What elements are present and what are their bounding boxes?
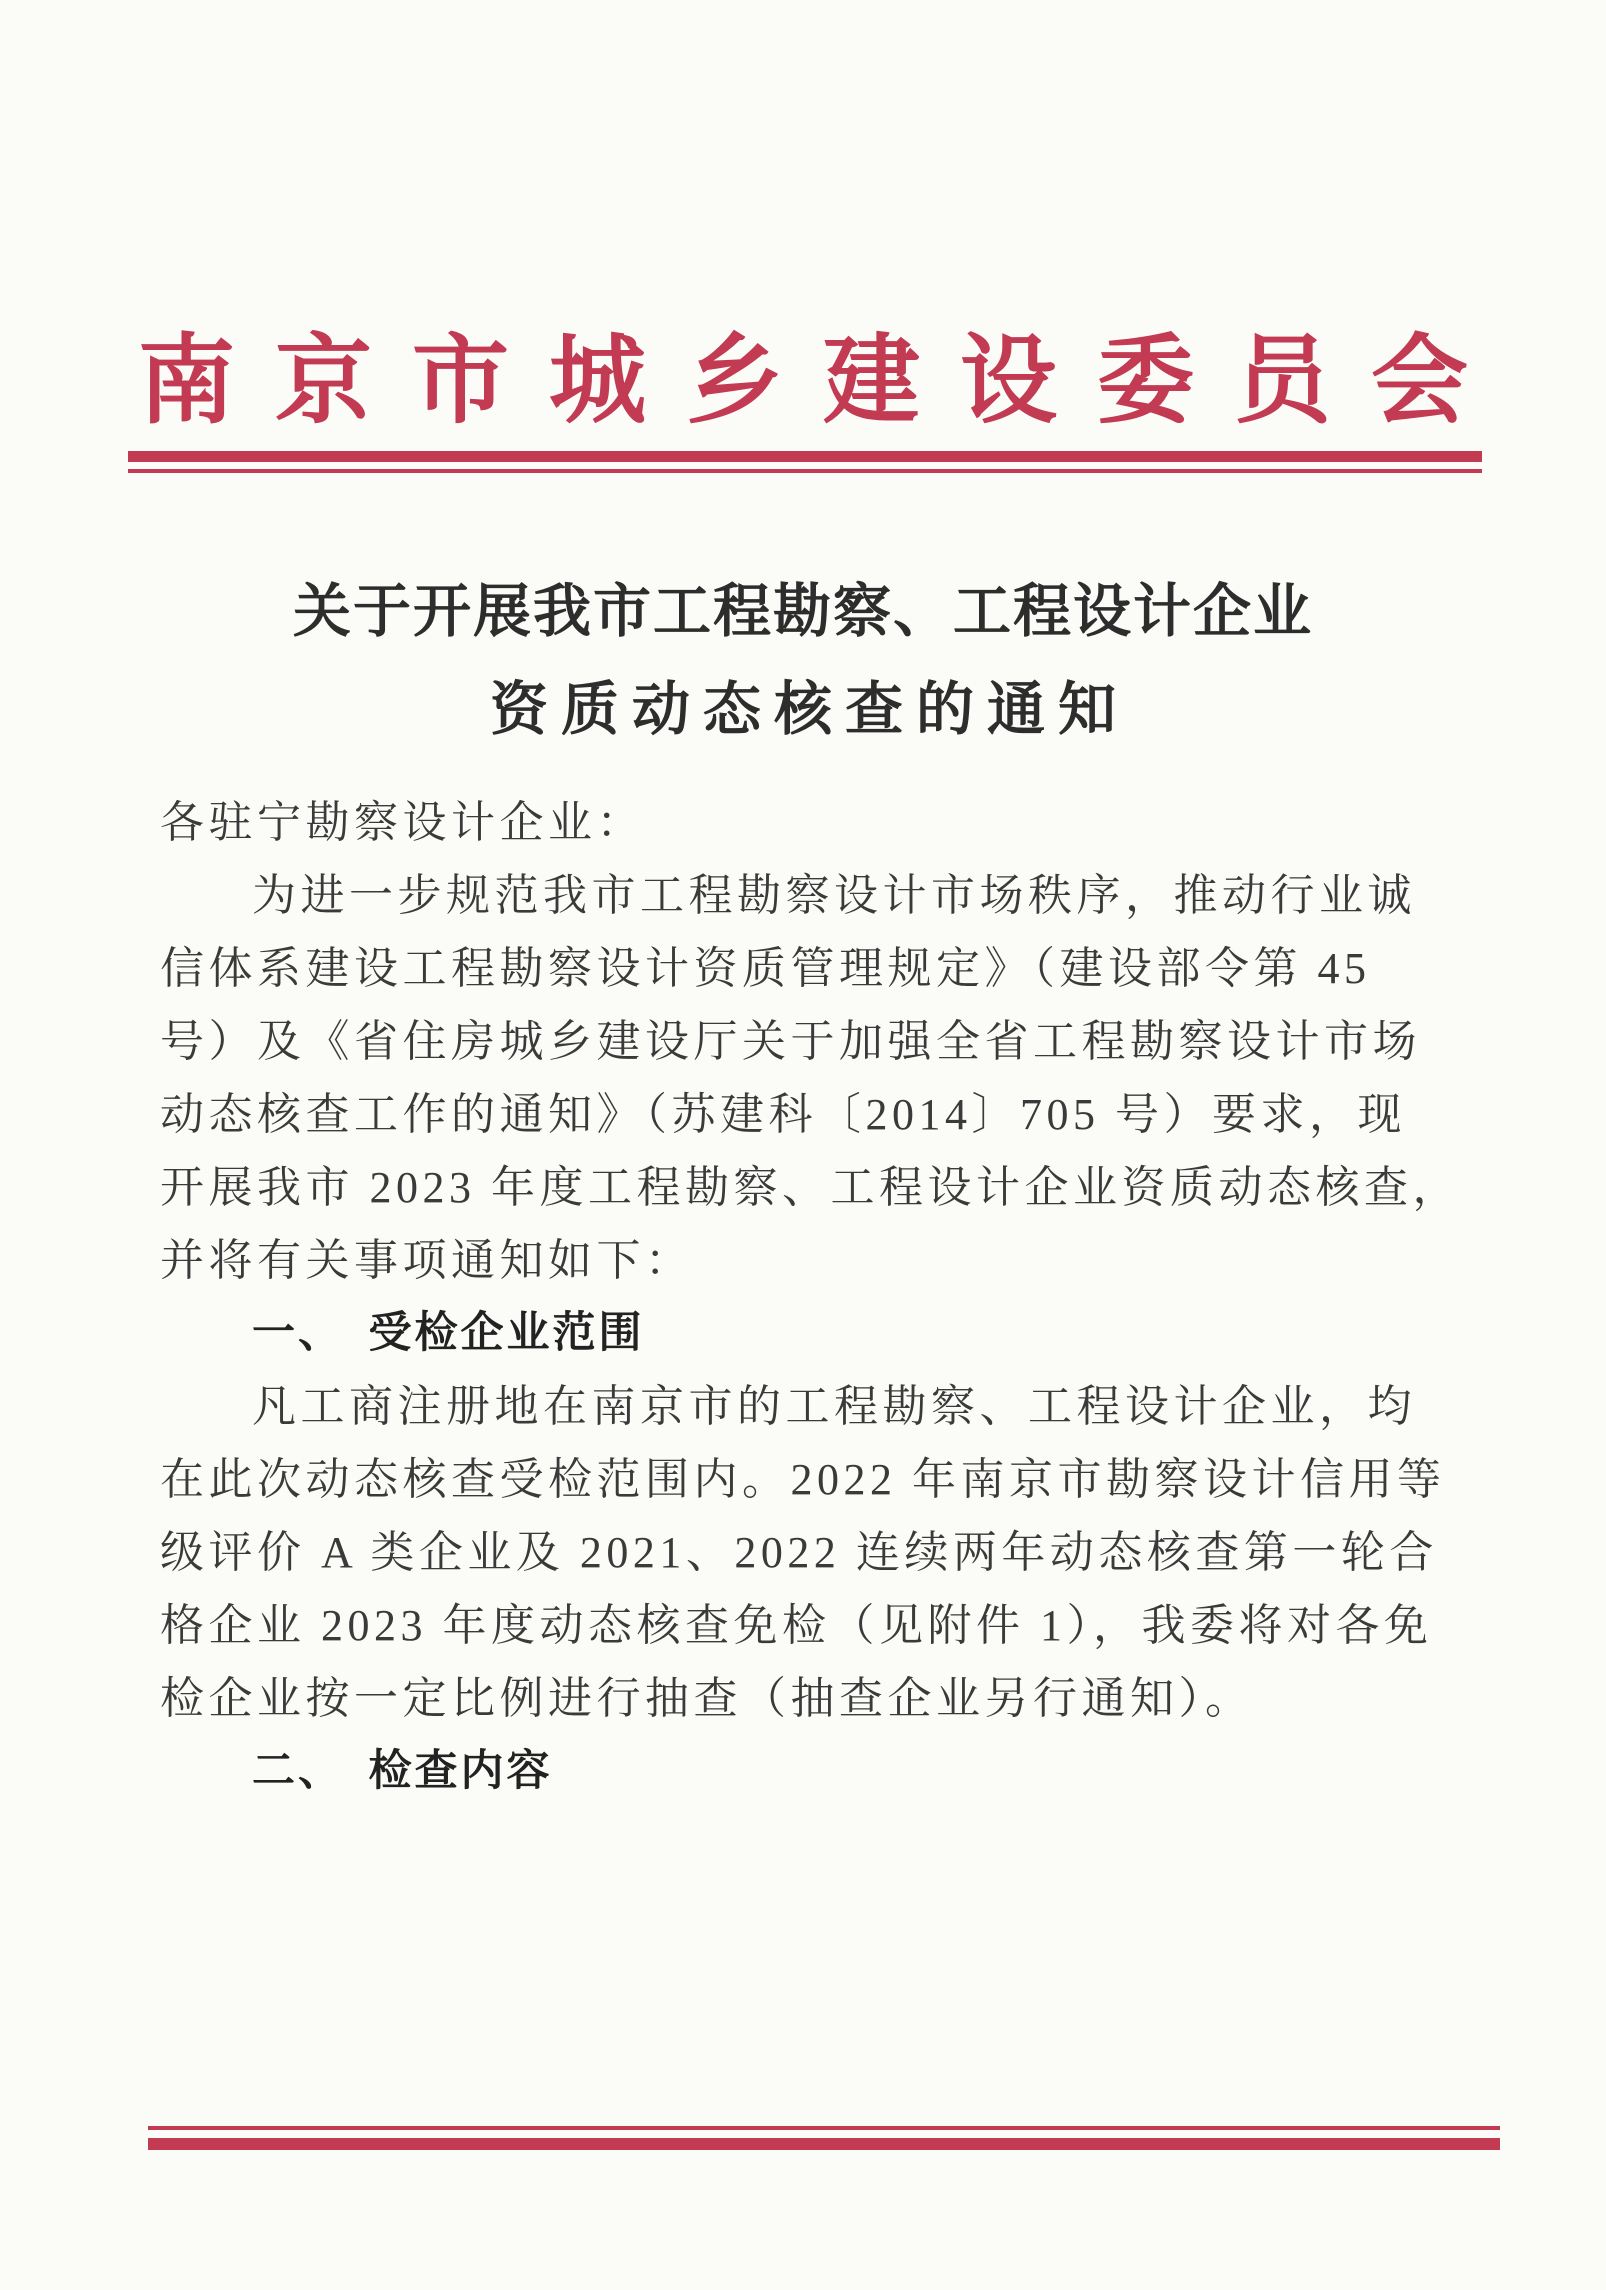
body-line: 在此次动态核查受检范围内。2022 年南京市勘察设计信用等 <box>160 1443 1456 1516</box>
header-rule-thin <box>128 469 1482 473</box>
body-line: 并将有关事项通知如下： <box>160 1224 1456 1297</box>
body-line: 凡工商注册地在南京市的工程勘察、工程设计企业，均 <box>160 1370 1456 1443</box>
footer-rule-thin <box>148 2126 1500 2130</box>
body-line: 开展我市 2023 年度工程勘察、工程设计企业资质动态核查， <box>160 1151 1456 1224</box>
body-line: 为进一步规范我市工程勘察设计市场秩序，推动行业诚 <box>160 859 1456 932</box>
document-body: 各驻宁勘察设计企业： 为进一步规范我市工程勘察设计市场秩序，推动行业诚 信体系建… <box>160 786 1456 1808</box>
section-heading-2: 二、 检查内容 <box>160 1735 1456 1808</box>
document-title-line1: 关于开展我市工程勘察、工程设计企业 <box>80 581 1526 643</box>
body-line: 级评价 A 类企业及 2021、2022 连续两年动态核查第一轮合 <box>160 1516 1456 1589</box>
body-line: 号）及《省住房城乡建设厅关于加强全省工程勘察设计市场 <box>160 1005 1456 1078</box>
body-line: 检企业按一定比例进行抽查（抽查企业另行通知）。 <box>160 1662 1456 1735</box>
section-heading-1: 一、 受检企业范围 <box>160 1297 1456 1370</box>
footer-rule-thick <box>148 2138 1500 2150</box>
body-line: 信体系建设工程勘察设计资质管理规定》（建设部令第 45 <box>160 932 1456 1005</box>
salutation-line: 各驻宁勘察设计企业： <box>160 786 1456 859</box>
agency-header-title: 南京市城乡建设委员会 <box>0 302 1606 442</box>
document-page: 南京市城乡建设委员会 关于开展我市工程勘察、工程设计企业 资质动态核查的通知 各… <box>0 0 1606 2290</box>
body-line: 动态核查工作的通知》（苏建科〔2014〕705 号）要求，现 <box>160 1078 1456 1151</box>
document-title-line2: 资质动态核查的通知 <box>80 679 1539 741</box>
header-rule-thick <box>128 451 1482 462</box>
body-line: 格企业 2023 年度动态核查免检（见附件 1），我委将对各免 <box>160 1589 1456 1662</box>
